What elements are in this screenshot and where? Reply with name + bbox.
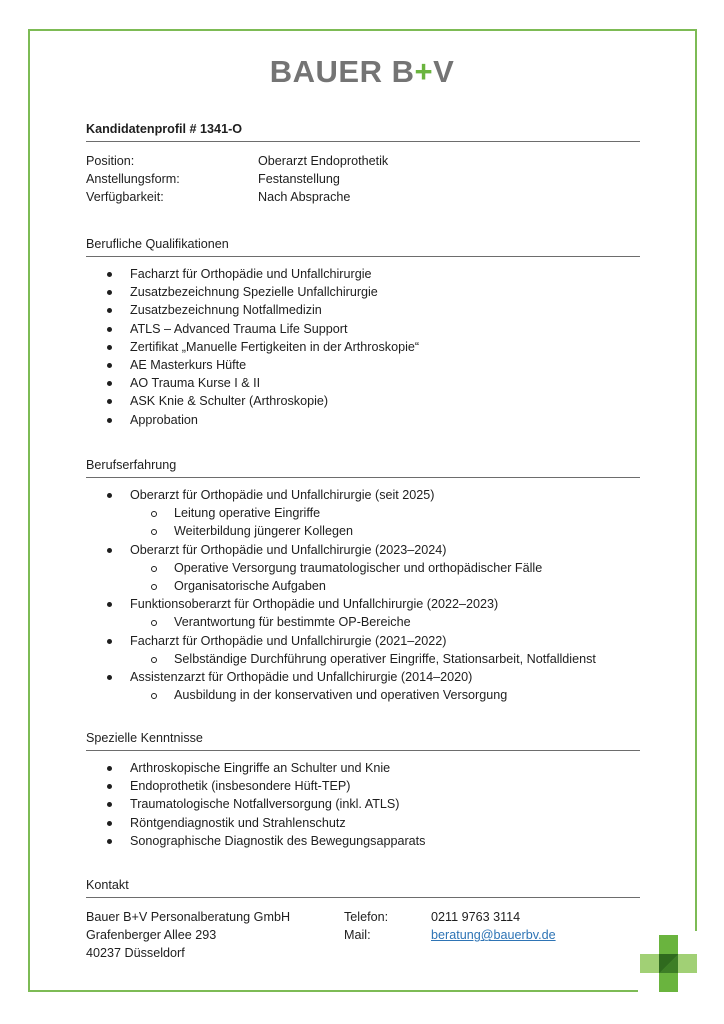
frame-border-top [28, 29, 697, 31]
contact-city: 40237 Düsseldorf [86, 944, 290, 962]
list-item: Arthroskopische Eingriffe an Schulter un… [86, 759, 425, 777]
field-value: Nach Absprache [258, 188, 350, 206]
frame-border-right [695, 29, 697, 931]
list-item: Facharzt für Orthopädie und Unfallchirur… [86, 265, 419, 283]
experience-detail: Operative Versorgung traumatologischer u… [130, 559, 596, 577]
contact-values: 0211 9763 3114 beratung@bauerbv.de [431, 908, 556, 944]
field-label: Position: [86, 152, 134, 170]
contact-heading: Kontakt [86, 876, 640, 898]
list-item: ATLS – Advanced Trauma Life Support [86, 320, 419, 338]
list-item: Traumatologische Notfallversorgung (inkl… [86, 795, 425, 813]
experience-detail: Ausbildung in der konservativen und oper… [130, 686, 596, 704]
frame-border-bottom [28, 990, 638, 992]
experience-item: Funktionsoberarzt für Orthopädie und Unf… [86, 595, 596, 631]
experience-heading: Berufserfahrung [86, 456, 640, 478]
contact-labels: Telefon: Mail: [344, 908, 388, 944]
experience-list: Oberarzt für Orthopädie und Unfallchirur… [86, 486, 596, 704]
qualifications-list: Facharzt für Orthopädie und Unfallchirur… [86, 265, 419, 429]
experience-title: Facharzt für Orthopädie und Unfallchirur… [130, 634, 446, 648]
frame-border-left [28, 29, 30, 992]
experience-item: Oberarzt für Orthopädie und Unfallchirur… [86, 541, 596, 596]
list-item: AE Masterkurs Hüfte [86, 356, 419, 374]
experience-item: Assistenzarzt für Orthopädie und Unfallc… [86, 668, 596, 704]
email-link[interactable]: beratung@bauerbv.de [431, 928, 556, 942]
profile-title: Kandidatenprofil # 1341-O [86, 120, 640, 142]
list-item: Approbation [86, 411, 419, 429]
list-item: Endoprothetik (insbesondere Hüft-TEP) [86, 777, 425, 795]
list-item: ASK Knie & Schulter (Arthroskopie) [86, 392, 419, 410]
field-label: Anstellungsform: [86, 170, 180, 188]
experience-item: Oberarzt für Orthopädie und Unfallchirur… [86, 486, 596, 541]
logo-text-right: V [433, 54, 454, 89]
list-item: AO Trauma Kurse I & II [86, 374, 419, 392]
logo-plus-icon: + [414, 54, 433, 89]
list-item: Zusatzbezeichnung Spezielle Unfallchirur… [86, 283, 419, 301]
list-item: Zertifikat „Manuelle Fertigkeiten in der… [86, 338, 419, 356]
experience-detail: Selbständige Durchführung operativer Ein… [130, 650, 596, 668]
logo-text-left: BAUER B [270, 54, 415, 89]
experience-title: Oberarzt für Orthopädie und Unfallchirur… [130, 488, 435, 502]
skills-list: Arthroskopische Eingriffe an Schulter un… [86, 759, 425, 850]
experience-title: Funktionsoberarzt für Orthopädie und Unf… [130, 597, 498, 611]
phone-label: Telefon: [344, 908, 388, 926]
field-value: Festanstellung [258, 170, 340, 188]
list-item: Sonographische Diagnostik des Bewegungsa… [86, 832, 425, 850]
company-logo: BAUER B+V [0, 54, 724, 90]
experience-item: Facharzt für Orthopädie und Unfallchirur… [86, 632, 596, 668]
contact-company: Bauer B+V Personalberatung GmbH [86, 908, 290, 926]
phone-number: 0211 9763 3114 [431, 908, 556, 926]
experience-detail: Verantwortung für bestimmte OP-Bereiche [130, 613, 596, 631]
green-cross-icon [640, 935, 697, 992]
field-value: Oberarzt Endoprothetik [258, 152, 388, 170]
experience-detail: Organisatorische Aufgaben [130, 577, 596, 595]
contact-address: Bauer B+V Personalberatung GmbH Grafenbe… [86, 908, 290, 963]
experience-detail: Leitung operative Eingriffe [130, 504, 596, 522]
mail-label: Mail: [344, 926, 388, 944]
skills-heading: Spezielle Kenntnisse [86, 729, 640, 751]
list-item: Röntgendiagnostik und Strahlenschutz [86, 814, 425, 832]
experience-title: Oberarzt für Orthopädie und Unfallchirur… [130, 543, 446, 557]
contact-street: Grafenberger Allee 293 [86, 926, 290, 944]
experience-title: Assistenzarzt für Orthopädie und Unfallc… [130, 670, 472, 684]
qualifications-heading: Berufliche Qualifikationen [86, 235, 640, 257]
list-item: Zusatzbezeichnung Notfallmedizin [86, 301, 419, 319]
experience-detail: Weiterbildung jüngerer Kollegen [130, 522, 596, 540]
field-label: Verfügbarkeit: [86, 188, 164, 206]
